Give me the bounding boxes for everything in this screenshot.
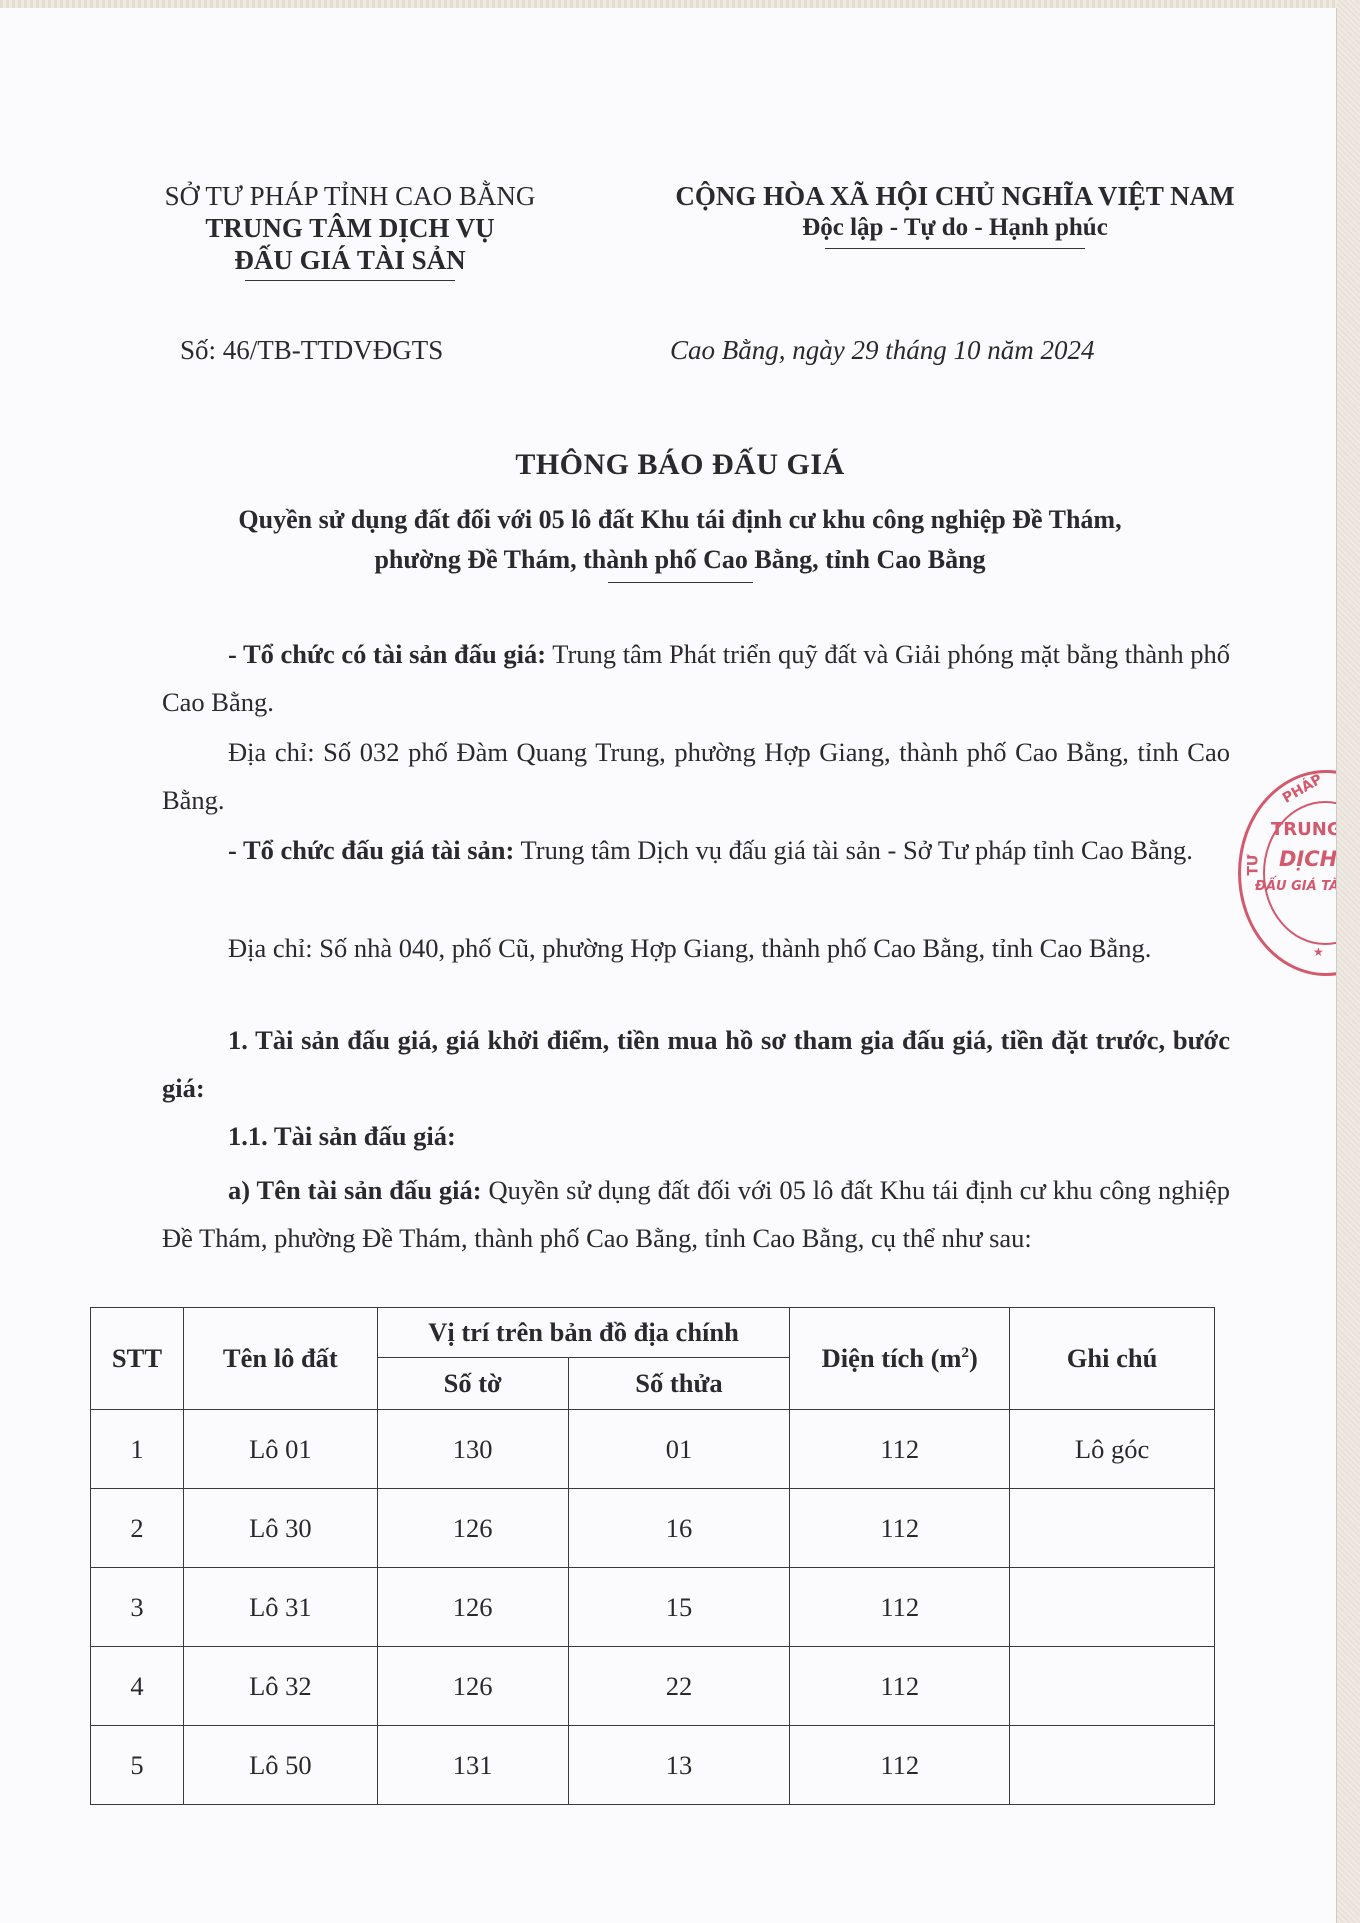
header-sheet-no: Số tờ bbox=[377, 1358, 568, 1410]
cell-area: 112 bbox=[790, 1489, 1010, 1568]
lots-table: STT Tên lô đất Vị trí trên bản đồ địa ch… bbox=[90, 1307, 1215, 1805]
agency-header: SỞ TƯ PHÁP TỈNH CAO BẰNG TRUNG TÂM DỊCH … bbox=[140, 180, 560, 281]
table-row: 2 Lô 30 126 16 112 bbox=[91, 1489, 1215, 1568]
subtitle-underline bbox=[608, 582, 753, 583]
document-title: THÔNG BÁO ĐẤU GIÁ bbox=[100, 448, 1260, 482]
auctioneer-label: - Tổ chức đấu giá tài sản: bbox=[228, 835, 514, 865]
cell-stt: 4 bbox=[91, 1647, 184, 1726]
cell-lot: Lô 31 bbox=[183, 1568, 377, 1647]
table-row: 3 Lô 31 126 15 112 bbox=[91, 1568, 1215, 1647]
cell-lot: Lô 30 bbox=[183, 1489, 377, 1568]
cell-sheet: 126 bbox=[377, 1568, 568, 1647]
section-1-1-heading-text: 1.1. Tài sản đấu giá: bbox=[228, 1121, 456, 1151]
asset-name-label: a) Tên tài sản đấu giá: bbox=[228, 1175, 482, 1205]
cell-lot: Lô 01 bbox=[183, 1410, 377, 1489]
subtitle-line-1: Quyền sử dụng đất đối với 05 lô đất Khu … bbox=[120, 500, 1240, 540]
motto-underline bbox=[825, 248, 1085, 249]
cell-sheet: 126 bbox=[377, 1647, 568, 1726]
header-lot-name: Tên lô đất bbox=[183, 1308, 377, 1410]
owner-address-text: Địa chỉ: Số 032 phố Đàm Quang Trung, phư… bbox=[162, 737, 1230, 815]
cell-area: 112 bbox=[790, 1410, 1010, 1489]
cell-parcel: 15 bbox=[568, 1568, 790, 1647]
header-parcel-no: Số thửa bbox=[568, 1358, 790, 1410]
auctioneer-value: Trung tâm Dịch vụ đấu giá tài sản - Sở T… bbox=[514, 835, 1193, 865]
header-stt: STT bbox=[91, 1308, 184, 1410]
section-1-1-heading: 1.1. Tài sản đấu giá: bbox=[162, 1112, 1230, 1160]
asset-name-paragraph: a) Tên tài sản đấu giá: Quyền sử dụng đấ… bbox=[162, 1166, 1230, 1262]
document-number: Số: 46/TB-TTDVĐGTS bbox=[180, 335, 443, 366]
cell-parcel: 22 bbox=[568, 1647, 790, 1726]
country-header: CỘNG HÒA XÃ HỘI CHỦ NGHĨA VIỆT NAM Độc l… bbox=[645, 180, 1265, 249]
section-1-heading-text: 1. Tài sản đấu giá, giá khởi điểm, tiền … bbox=[162, 1025, 1230, 1103]
cell-parcel: 01 bbox=[568, 1410, 790, 1489]
cell-note: Lô góc bbox=[1010, 1410, 1215, 1489]
cell-area: 112 bbox=[790, 1726, 1010, 1805]
subtitle-line-2: phường Đề Thám, thành phố Cao Bằng, tỉnh… bbox=[120, 540, 1240, 580]
table-header-row: STT Tên lô đất Vị trí trên bản đồ địa ch… bbox=[91, 1308, 1215, 1358]
agency-line-3: ĐẤU GIÁ TÀI SẢN bbox=[140, 244, 560, 276]
header-area-text: Diện tích (m bbox=[822, 1343, 962, 1373]
scan-right-edge bbox=[1337, 0, 1360, 1923]
cell-lot: Lô 50 bbox=[183, 1726, 377, 1805]
document-subtitle: Quyền sử dụng đất đối với 05 lô đất Khu … bbox=[120, 500, 1240, 583]
header-note: Ghi chú bbox=[1010, 1308, 1215, 1410]
agency-underline bbox=[245, 280, 455, 281]
auctioneer-paragraph: - Tổ chức đấu giá tài sản: Trung tâm Dịc… bbox=[162, 826, 1230, 874]
agency-line-1: SỞ TƯ PHÁP TỈNH CAO BẰNG bbox=[140, 180, 560, 212]
cell-parcel: 13 bbox=[568, 1726, 790, 1805]
cell-stt: 5 bbox=[91, 1726, 184, 1805]
auctioneer-address-text: Địa chỉ: Số nhà 040, phố Cũ, phường Hợp … bbox=[228, 933, 1151, 963]
table-row: 4 Lô 32 126 22 112 bbox=[91, 1647, 1215, 1726]
national-motto: Độc lập - Tự do - Hạnh phúc bbox=[645, 212, 1265, 244]
cell-lot: Lô 32 bbox=[183, 1647, 377, 1726]
cell-area: 112 bbox=[790, 1647, 1010, 1726]
owner-paragraph: - Tổ chức có tài sản đấu giá: Trung tâm … bbox=[162, 630, 1230, 726]
cell-parcel: 16 bbox=[568, 1489, 790, 1568]
table-row: 1 Lô 01 130 01 112 Lô góc bbox=[91, 1410, 1215, 1489]
owner-address: Địa chỉ: Số 032 phố Đàm Quang Trung, phư… bbox=[162, 728, 1230, 824]
cell-note bbox=[1010, 1726, 1215, 1805]
cell-note bbox=[1010, 1647, 1215, 1726]
cell-sheet: 130 bbox=[377, 1410, 568, 1489]
cell-sheet: 126 bbox=[377, 1489, 568, 1568]
header-area-close: ) bbox=[969, 1343, 978, 1373]
country-name: CỘNG HÒA XÃ HỘI CHỦ NGHĨA VIỆT NAM bbox=[645, 180, 1265, 212]
agency-line-2: TRUNG TÂM DỊCH VỤ bbox=[140, 212, 560, 244]
scan-top-edge bbox=[0, 0, 1337, 8]
header-area: Diện tích (m2) bbox=[790, 1308, 1010, 1410]
place-and-date: Cao Bằng, ngày 29 tháng 10 năm 2024 bbox=[670, 335, 1095, 366]
header-map-position: Vị trí trên bản đồ địa chính bbox=[377, 1308, 790, 1358]
cell-stt: 3 bbox=[91, 1568, 184, 1647]
cell-stt: 1 bbox=[91, 1410, 184, 1489]
cell-note bbox=[1010, 1568, 1215, 1647]
cell-sheet: 131 bbox=[377, 1726, 568, 1805]
owner-label: - Tổ chức có tài sản đấu giá: bbox=[228, 639, 546, 669]
cell-area: 112 bbox=[790, 1568, 1010, 1647]
section-1-heading: 1. Tài sản đấu giá, giá khởi điểm, tiền … bbox=[162, 1016, 1230, 1112]
auctioneer-address: Địa chỉ: Số nhà 040, phố Cũ, phường Hợp … bbox=[162, 924, 1230, 972]
header-area-sup: 2 bbox=[962, 1345, 970, 1361]
cell-stt: 2 bbox=[91, 1489, 184, 1568]
cell-note bbox=[1010, 1489, 1215, 1568]
table-row: 5 Lô 50 131 13 112 bbox=[91, 1726, 1215, 1805]
